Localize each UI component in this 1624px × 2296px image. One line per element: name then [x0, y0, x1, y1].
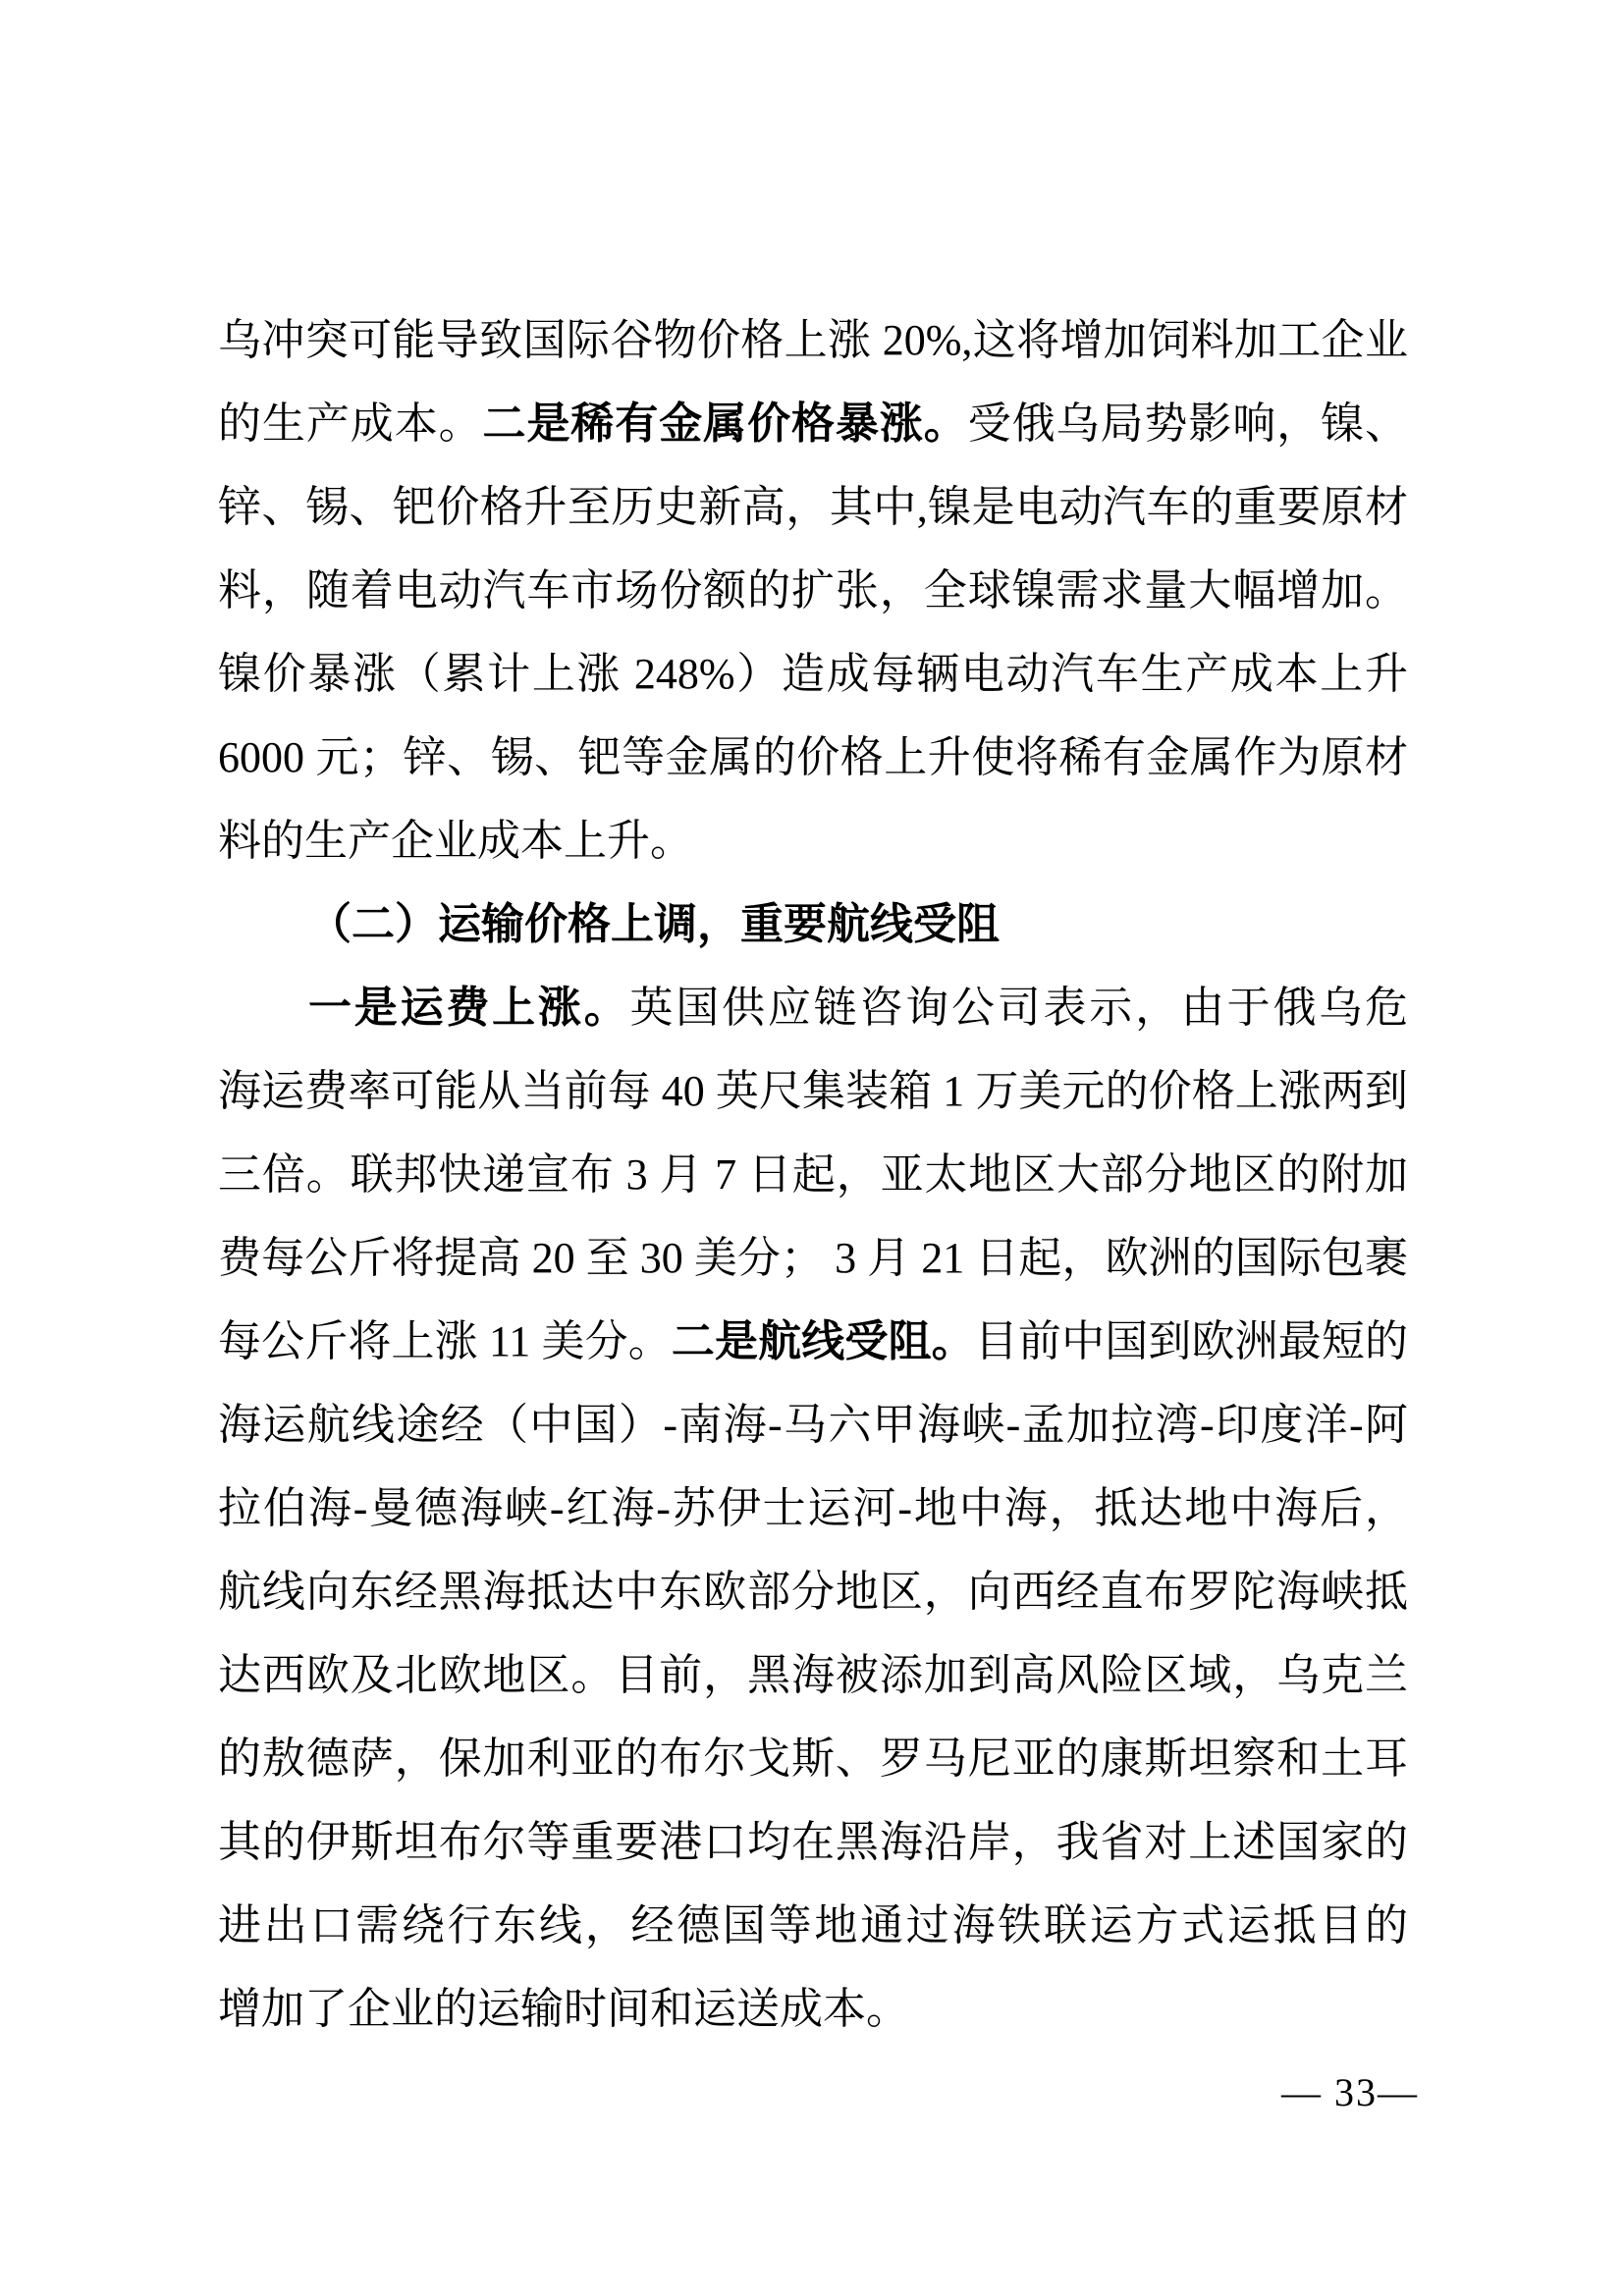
document-page: 乌冲突可能导致国际谷物价格上涨 20%,这将增加饲料加工企业 的生产成本。二是稀…: [0, 0, 1624, 2296]
text-segment: 6000 元；锌、锡、钯等金属的价格上升使将稀有金属作为原材: [218, 733, 1408, 781]
text-segment: 三倍。联邦快递宣布 3 月 7 日起，亚太地区大部分地区的附加: [218, 1150, 1408, 1199]
text-segment: 每公斤将上涨 11 美分。: [218, 1317, 672, 1365]
text-segment: 海运费率可能从当前每 40 英尺集装箱 1 万美元的价格上涨两到: [218, 1067, 1408, 1115]
text-line: 镍价暴涨（累计上涨 248%）造成每辆电动汽车生产成本上升约: [218, 632, 1408, 716]
text-segment: 乌冲突可能导致国际谷物价格上涨 20%,这将增加饲料加工企业: [218, 316, 1408, 364]
text-segment: 的生产成本。: [218, 400, 483, 448]
text-line: 锌、锡、钯价格升至历史新高，其中,镍是电动汽车的重要原材: [218, 465, 1408, 549]
text-line: 拉伯海-曼德海峡-红海-苏伊士运河-地中海，抵达地中海后，: [218, 1467, 1408, 1550]
document-body: 乌冲突可能导致国际谷物价格上涨 20%,这将增加饲料加工企业 的生产成本。二是稀…: [218, 298, 1408, 2051]
bold-text-segment: 二是稀有金属价格暴涨。: [483, 400, 968, 448]
bold-text-segment: 一是运费上涨。: [308, 984, 629, 1032]
text-line: 海运费率可能从当前每 40 英尺集装箱 1 万美元的价格上涨两到: [218, 1049, 1408, 1133]
text-segment: 拉伯海-曼德海峡-红海-苏伊士运河-地中海，抵达地中海后，: [218, 1484, 1408, 1532]
text-segment: 锌、锡、钯价格升至历史新高，其中,镍是电动汽车的重要原材: [218, 483, 1408, 531]
text-segment: 进出口需绕行东线，经德国等地通过海铁联运方式运抵目的地，: [218, 1901, 1408, 1967]
text-line: 料，随着电动汽车市场份额的扩张，全球镍需求量大幅增加。: [218, 549, 1408, 632]
text-line: 达西欧及北欧地区。目前，黑海被添加到高风险区域，乌克兰: [218, 1633, 1408, 1717]
bold-text-segment: 二是航线受阻。: [672, 1317, 975, 1365]
text-line: 三倍。联邦快递宣布 3 月 7 日起，亚太地区大部分地区的附加: [218, 1133, 1408, 1216]
text-line: 增加了企业的运输时间和运送成本。: [218, 1967, 1408, 2051]
heading-text-segment: （二）运输价格上调，重要航线受阻: [308, 900, 1000, 948]
text-segment: 航线向东经黑海抵达中东欧部分地区，向西经直布罗陀海峡抵: [218, 1568, 1408, 1616]
text-line: 乌冲突可能导致国际谷物价格上涨 20%,这将增加饲料加工企业: [218, 298, 1408, 382]
text-segment: 达西欧及北欧地区。目前，黑海被添加到高风险区域，乌克兰: [218, 1651, 1408, 1699]
text-segment: 其的伊斯坦布尔等重要港口均在黑海沿岸，我省对上述国家的: [218, 1818, 1408, 1866]
text-line: 料的生产企业成本上升。: [218, 799, 1408, 882]
text-segment: 目前中国到欧洲最短的: [975, 1317, 1408, 1365]
text-segment: 受俄乌局势影响，镍、: [968, 400, 1408, 448]
text-segment: 费每公斤将提高 20 至 30 美分； 3 月 21 日起，欧洲的国际包裹: [218, 1234, 1408, 1282]
text-line: 的生产成本。二是稀有金属价格暴涨。受俄乌局势影响，镍、: [218, 382, 1408, 465]
text-line: 海运航线途经（中国）-南海-马六甲海峡-孟加拉湾-印度洋-阿: [218, 1383, 1408, 1467]
text-line: 6000 元；锌、锡、钯等金属的价格上升使将稀有金属作为原材: [218, 716, 1408, 799]
text-segment: 镍价暴涨（累计上涨 248%）造成每辆电动汽车生产成本上升约: [218, 650, 1408, 716]
text-line: 费每公斤将提高 20 至 30 美分； 3 月 21 日起，欧洲的国际包裹: [218, 1216, 1408, 1300]
text-line: 航线向东经黑海抵达中东欧部分地区，向西经直布罗陀海峡抵: [218, 1550, 1408, 1633]
text-line: 进出口需绕行东线，经德国等地通过海铁联运方式运抵目的地，: [218, 1884, 1408, 1967]
text-segment: 料，随着电动汽车市场份额的扩张，全球镍需求量大幅增加。: [218, 566, 1408, 614]
text-line: 的敖德萨，保加利亚的布尔戈斯、罗马尼亚的康斯坦察和土耳: [218, 1717, 1408, 1800]
text-segment: 海运航线途经（中国）-南海-马六甲海峡-孟加拉湾-印度洋-阿: [218, 1401, 1408, 1449]
text-line: 一是运费上涨。英国供应链咨询公司表示，由于俄乌危机，: [218, 966, 1408, 1049]
text-line: 每公斤将上涨 11 美分。二是航线受阻。目前中国到欧洲最短的: [218, 1300, 1408, 1383]
text-line: 其的伊斯坦布尔等重要港口均在黑海沿岸，我省对上述国家的: [218, 1800, 1408, 1884]
text-segment: 料的生产企业成本上升。: [218, 817, 693, 865]
text-segment: 的敖德萨，保加利亚的布尔戈斯、罗马尼亚的康斯坦察和土耳: [218, 1735, 1408, 1783]
section-heading: （二）运输价格上调，重要航线受阻: [218, 882, 1408, 966]
text-segment: 增加了企业的运输时间和运送成本。: [218, 1985, 909, 2033]
page-number: — 33—: [1281, 2067, 1419, 2118]
